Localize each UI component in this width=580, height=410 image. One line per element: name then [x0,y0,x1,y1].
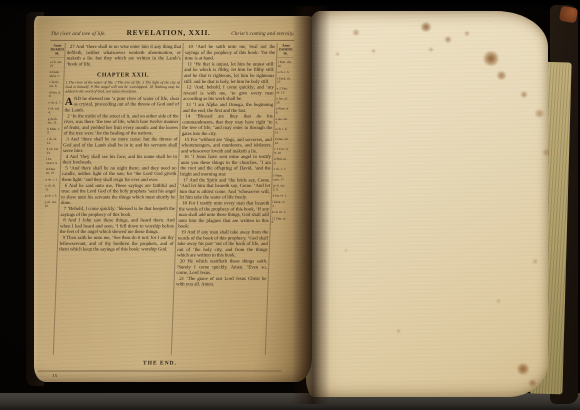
verse-paragraph: 16 ‘I Jesus have sent mine angel to test… [180,154,271,177]
verse-paragraph: 5 ‘And there shall be no night there; an… [62,165,177,182]
margin-reference: p ch. i. 3. [45,194,59,198]
margin-reference: e ch. v. 5. [274,168,289,172]
running-head-title: REVELATION, XXII. [126,29,210,38]
margin-reference: f ch. xxi. 4. [48,107,62,115]
foxing-spot [352,29,360,36]
margin-reference: u 2 Tim. iii. 13. [276,87,292,95]
margin-reference: t Ezek. iii. 27. [277,77,293,85]
verse-paragraph: 20 He which testifieth these things sait… [176,258,267,275]
margin-reference: i ch. iii. 12. [47,137,61,145]
margin-reference: d Phil. iii. 2. [274,158,290,166]
margin-reference: f Num. xxiv. 17. [273,174,289,182]
margin-reference: h Isa. lv. 1. [273,194,288,198]
foxing-spot [396,329,401,333]
foxing-spot [335,52,340,56]
margin-reference: q ch. xix. 10. [44,201,58,209]
margin-reference: k ch. iii. 5. [272,211,287,215]
verse-paragraph: 7 ‘Behold, I come quickly: ‘blessed is h… [60,206,175,218]
foxing-spot [420,22,432,32]
margin-reference: s ch. i. 3. [277,71,292,75]
foxing-spot [496,299,501,303]
margin-reference: g Zech. xiv. 11. [48,117,62,125]
margin-reference: c Zech. xiv. 8. [49,81,63,89]
margin-reference: c 1 Cor. vi. 9, 10. [274,148,290,156]
verse-paragraph: 13 ‘I am Alpha and Omega, the beginning … [183,102,274,114]
carryover-verse: 27 And ‘there shall in no wise enter int… [66,44,181,67]
signature-mark: 15 [52,373,281,378]
chapter-summary: 1 The river of the water of life. 2 The … [65,81,180,94]
foxing-spot [516,363,530,375]
foxing-spot [528,379,537,387]
cover-corner-bumper [559,6,578,24]
foxing-spot [344,249,348,252]
book-photo: The river and tree of life. REVELATION, … [0,0,580,410]
verse-paragraph: 3 And ‘there shall be no more curse: but… [63,136,178,153]
running-head: The river and tree of life. REVELATION, … [50,29,294,40]
margin-reference: i Deut. iv. 2. [272,201,288,209]
right-column-verses: 10 ‘And he saith unto me, Seal not the s… [176,44,276,287]
margin-reference: b Ezek. xlvii. 1. [49,71,63,79]
margin-reference: l Ps. xxxvi. 9. [46,158,60,166]
foxing-spot [371,49,376,53]
anno-domini-right: Anno DOMINI 96. [277,44,294,58]
left-column-verses: 2 ‘In the midst of the street of it, and… [59,113,179,252]
foxing-spot [482,51,500,66]
verse-paragraph: 12 ‘And, behold, I come quickly; and ‘my… [183,85,274,102]
margin-reference: m Dan. vii. 27. [46,168,60,176]
running-head-left-note: The river and tree of life. [51,31,107,37]
anno-domini-left: Anno DOMINI 96. [50,44,65,58]
right-text-column: 10 ‘And he saith unto me, Seal not the s… [172,43,277,355]
verse-paragraph: 9 Then saith he unto me, ‘See thou do it… [59,235,174,252]
verse-paragraph: 6 And he said unto me, These sayings are… [61,183,176,206]
verse-paragraph: 21 ‘The grace of our Lord Jesus Christ b… [176,276,267,288]
blank-right-page [306,11,548,397]
margin-reference: b Dan. xii. 12. [275,137,291,145]
the-end-label: THE END. [38,360,282,366]
foxing-spot [444,36,452,43]
first-verse-text: ND he shewed me ‘a pure river of water o… [64,96,179,113]
left-page-content: The river and tree of life. REVELATION, … [34,24,303,376]
margin-reference: h Matt. v. 8. [47,127,61,135]
verse-paragraph: 10 ‘And he saith unto me, Seal not the s… [185,44,276,61]
first-verse: AND he shewed me ‘a pure river of water … [64,96,179,113]
margin-reference: e ch. ii. 7. [48,101,62,105]
margin-reference: r Dan. viii. 26. [278,61,294,69]
verse-paragraph: 14 ‘Blessed are they that do his command… [182,114,273,137]
margin-reference: a ch. xxi. 27. [50,61,64,69]
margin-reference: y Rom. ii. 6. [276,107,292,115]
chapter-heading: CHAPTER XXII. [66,71,180,79]
header-rule [50,40,294,41]
printed-left-page: The river and tree of life. REVELATION, … [34,16,312,382]
verse-paragraph: 8 And I John saw these things, and heard… [60,218,175,235]
verse-paragraph: 17 And the Spirit and ‘the bride say, Co… [179,177,270,200]
foxing-spot [534,109,545,118]
drop-cap: A [65,96,74,106]
margin-reference: n ch. i. 1. [45,178,59,182]
verse-paragraph: 15 For ‘without are ‘dogs, and sorcerers… [181,137,272,154]
margin-reference: k ch. xxi. 23. [46,148,60,156]
foxing-spot [542,149,550,156]
foxing-spot [520,91,528,98]
foxing-spot [428,47,434,52]
text-columns: Anno DOMINI 96. a ch. xxi. 27.b Ezek. xl… [38,43,294,355]
verse-paragraph: 18 For I testify unto every man that hea… [178,201,269,230]
margin-reference: a ch. i. 8, 11. [275,127,291,135]
verse-paragraph: 2 ‘In the midst of the street of it, and… [64,113,179,136]
margin-reference: d Gen. ii. 9. [49,91,63,99]
foxing-spot [464,31,470,36]
footer-rule [38,371,282,372]
margin-reference: g ch. xxi. 2, 9. [273,184,289,192]
verse-paragraph: 19 And if any man shall take away from t… [177,230,268,259]
margin-reference: o ch. iii. 11. [45,184,59,192]
verse-paragraph: 4 And ‘they shall see his face; and his … [62,154,177,166]
running-head-right-note: Christ’s coming and eternity. [231,31,295,37]
margin-reference: x Isa. xl. 10. [276,97,292,105]
foxing-spot [532,259,538,264]
margin-reference: l 2 Tim. iv. 8. [271,217,287,225]
margin-reference: z Isa. xli. 4. [275,117,291,125]
left-text-column: 27 And ‘there shall in no wise enter int… [54,43,183,355]
foxing-spot [496,71,507,80]
verse-paragraph: 11 ‘He that is unjust, let him be unjust… [184,61,275,84]
